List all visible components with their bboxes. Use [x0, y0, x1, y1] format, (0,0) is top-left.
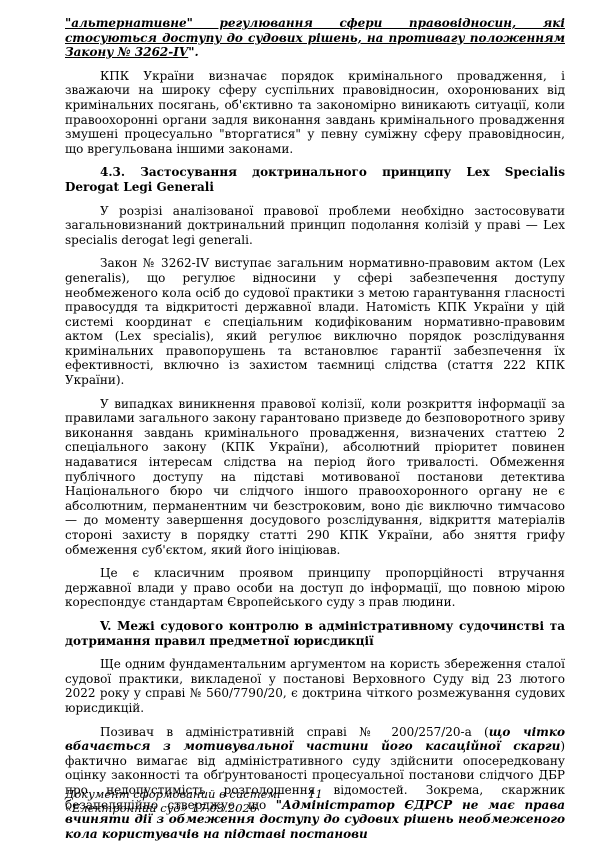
- paragraph-zakon-3262: Закон № 3262-IV виступає загальним норма…: [65, 256, 565, 387]
- page-number: 11: [308, 787, 323, 801]
- footer-line-2: «Електронний суд» 17.03.2026: [65, 801, 281, 815]
- continuation-underlined-text: "альтернативне" регулювання сфери правов…: [65, 16, 565, 59]
- section-heading-4-3: 4.3. Застосування доктринального принцип…: [65, 165, 565, 194]
- footer-line-1: Документ сформований в системі: [65, 787, 281, 801]
- pozyvach-text-start: Позивач в адміністративній справі № 200/…: [100, 725, 489, 739]
- paragraph-pozyvach: Позивач в адміністративній справі № 200/…: [65, 725, 565, 842]
- paragraph-shche-odnym: Ще одним фундаментальним аргументом на к…: [65, 657, 565, 715]
- document-page: "альтернативне" регулювання сфери правов…: [0, 0, 595, 842]
- paragraph-vypadky-kolizii: У випадках виникнення правової колізії, …: [65, 397, 565, 558]
- section-heading-v: V. Межі судового контролю в адміністрати…: [65, 619, 565, 648]
- paragraph-kpk-ukraine: КПК України визначає порядок кримінально…: [65, 69, 565, 157]
- paragraph-rozrizi: У розрізі аналізованої правової проблеми…: [65, 204, 565, 248]
- footer-generated-stamp: Документ сформований в системі «Електрон…: [65, 787, 281, 815]
- paragraph-continuation: "альтернативне" регулювання сфери правов…: [65, 16, 565, 60]
- paragraph-proportsiynist: Це є класичним проявом принципу пропорці…: [65, 566, 565, 610]
- continuation-tail-text: ".: [188, 45, 198, 59]
